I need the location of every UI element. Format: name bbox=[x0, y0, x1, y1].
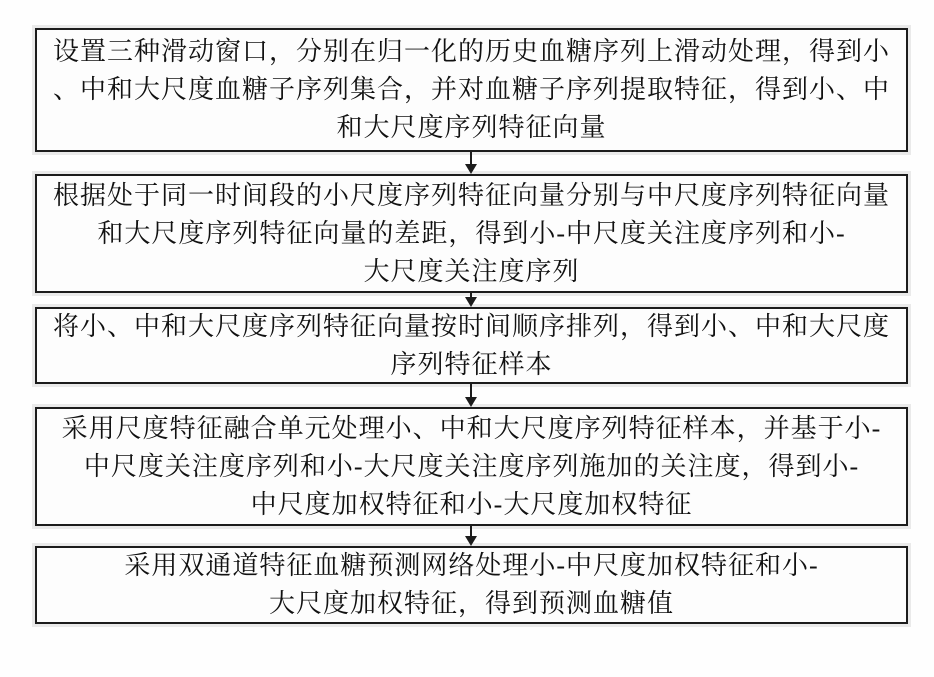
flow-step-1-text-line: 、中和大尺度血糖子序列集合，并对血糖子序列提取特征，得到小、中 bbox=[37, 71, 906, 109]
flow-step-2-box: 根据处于同一时间段的小尺度序列特征向量分别与中尺度序列特征向量 和大尺度序列特征… bbox=[35, 174, 908, 293]
flow-step-2-text-line: 根据处于同一时间段的小尺度序列特征向量分别与中尺度序列特征向量 bbox=[37, 177, 906, 215]
flow-step-4-text-line: 中尺度加权特征和小-大尺度加权特征 bbox=[37, 486, 906, 524]
flow-step-4-box: 采用尺度特征融合单元处理小、中和大尺度序列特征样本，并基于小- 中尺度关注度序列… bbox=[35, 407, 908, 526]
flow-step-4-text-line: 采用尺度特征融合单元处理小、中和大尺度序列特征样本，并基于小- bbox=[37, 410, 906, 448]
flow-step-5-box: 采用双通道特征血糖预测网络处理小-中尺度加权特征和小- 大尺度加权特征，得到预测… bbox=[35, 546, 908, 624]
flow-step-1-text-line: 设置三种滑动窗口，分别在归一化的历史血糖序列上滑动处理，得到小 bbox=[37, 33, 906, 71]
arrow-head-icon bbox=[465, 536, 477, 546]
flow-step-3-text-line: 将小、中和大尺度序列特征向量按时间顺序排列，得到小、中和大尺度 bbox=[37, 308, 906, 346]
flow-step-2-text-line: 和大尺度序列特征向量的差距，得到小-中尺度关注度序列和小- bbox=[37, 215, 906, 253]
flow-step-3-text-line: 序列特征样本 bbox=[37, 346, 906, 384]
flow-step-5-text-line: 大尺度加权特征，得到预测血糖值 bbox=[37, 585, 906, 623]
arrow-head-icon bbox=[465, 297, 477, 307]
flow-step-1-box: 设置三种滑动窗口，分别在归一化的历史血糖序列上滑动处理，得到小 、中和大尺度血糖… bbox=[35, 28, 908, 152]
arrow-stem bbox=[470, 384, 472, 398]
flow-step-1-text-line: 和大尺度序列特征向量 bbox=[37, 109, 906, 147]
flow-step-5-text-line: 采用双通道特征血糖预测网络处理小-中尺度加权特征和小- bbox=[37, 547, 906, 585]
flow-step-4-text-line: 中尺度关注度序列和小-大尺度关注度序列施加的关注度，得到小- bbox=[37, 448, 906, 486]
arrow-head-icon bbox=[465, 397, 477, 407]
arrow-head-icon bbox=[465, 164, 477, 174]
flow-step-2-text-line: 大尺度关注度序列 bbox=[37, 253, 906, 291]
flow-step-3-box: 将小、中和大尺度序列特征向量按时间顺序排列，得到小、中和大尺度 序列特征样本 bbox=[35, 307, 908, 384]
flowchart-canvas: 设置三种滑动窗口，分别在归一化的历史血糖序列上滑动处理，得到小 、中和大尺度血糖… bbox=[0, 0, 934, 677]
